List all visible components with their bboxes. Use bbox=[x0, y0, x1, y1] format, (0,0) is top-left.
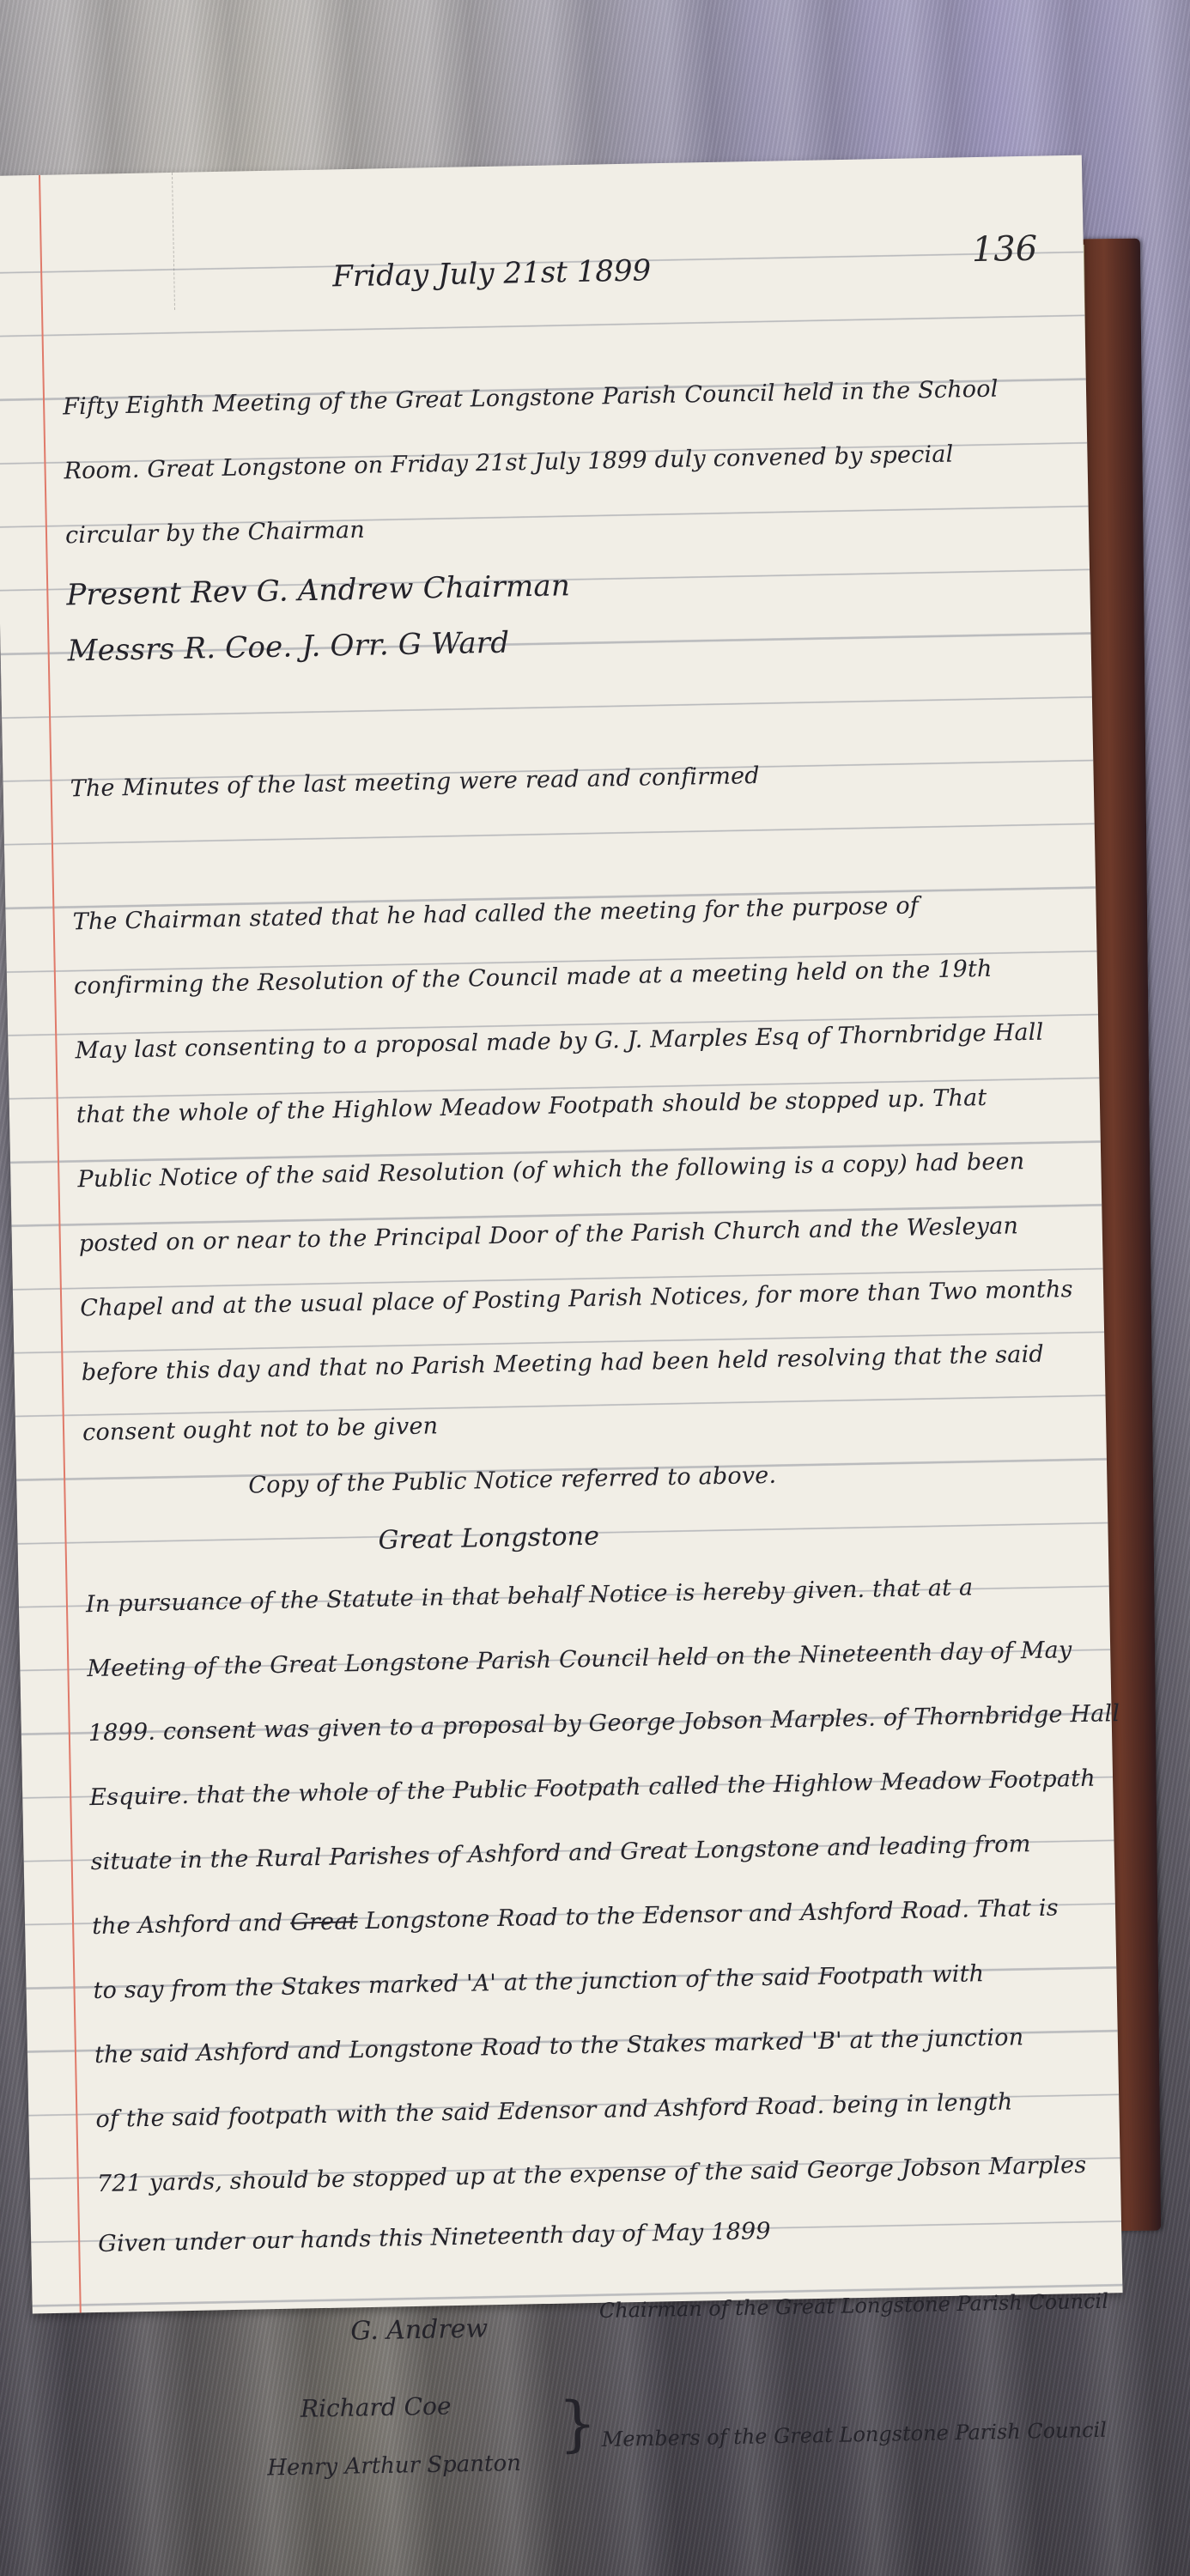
messrs-line: Messrs R. Coe. J. Orr. G Ward bbox=[67, 626, 509, 669]
notice-line-8: the said Ashford and Longstone Road to t… bbox=[94, 2024, 1024, 2069]
notice-line-11: Given under our hands this Nineteenth da… bbox=[98, 2218, 771, 2257]
notice-line-10: 721 yards, should be stopped up at the e… bbox=[97, 2152, 1087, 2197]
member-signature-1: Richard Coe bbox=[301, 2391, 452, 2422]
notice-place: Great Longstone bbox=[378, 1522, 599, 1556]
notice-line-5: situate in the Rural Parishes of Ashford… bbox=[90, 1831, 1030, 1875]
struck-out-word: Great bbox=[290, 1908, 358, 1935]
chairman-signature: G. Andrew bbox=[350, 2314, 489, 2347]
notice-line-9: of the said footpath with the said Edens… bbox=[95, 2089, 1013, 2134]
notice-line-7: to say from the Stakes marked 'A' at the… bbox=[93, 1960, 984, 2004]
main-line-4: that the whole of the Highlow Meadow Foo… bbox=[76, 1084, 987, 1128]
notice-line-2: Meeting of the Great Longstone Parish Co… bbox=[87, 1637, 1072, 1682]
main-line-9: consent ought not to be given bbox=[82, 1413, 439, 1446]
date-heading: Friday July 21st 1899 bbox=[332, 253, 652, 294]
main-line-8: before this day and that no Parish Meeti… bbox=[81, 1341, 1044, 1387]
minutes-confirmed: The Minutes of the last meeting were rea… bbox=[70, 762, 760, 802]
brace-symbol: } bbox=[558, 2393, 598, 2454]
red-margin-line bbox=[39, 175, 82, 2313]
opening-line-1: Fifty Eighth Meeting of the Great Longst… bbox=[63, 376, 999, 421]
main-line-1: The Chairman stated that he had called t… bbox=[72, 892, 919, 935]
opening-line-3: circular by the Chairman bbox=[65, 517, 365, 550]
notice-line-6-end: Longstone Road to the Edensor and Ashfor… bbox=[365, 1895, 1059, 1935]
main-line-2: confirming the Resolution of the Council… bbox=[74, 956, 993, 1000]
present-line: Present Rev G. Andrew Chairman bbox=[66, 568, 570, 612]
main-line-3: May last consenting to a proposal made b… bbox=[75, 1019, 1043, 1065]
notice-line-3: 1899. consent was given to a proposal by… bbox=[88, 1700, 1120, 1747]
notice-caption: Copy of the Public Notice referred to ab… bbox=[248, 1462, 776, 1499]
main-line-6: posted on or near to the Principal Door … bbox=[79, 1212, 1019, 1257]
main-line-7: Chapel and at the usual place of Posting… bbox=[80, 1276, 1073, 1321]
opening-line-2: Room. Great Longstone on Friday 21st Jul… bbox=[64, 441, 953, 485]
notice-line-4: Esquire. that the whole of the Public Fo… bbox=[89, 1765, 1096, 1811]
minute-book-page: 136 Friday July 21st 1899 Fifty Eighth M… bbox=[0, 155, 1123, 2314]
dashed-guide-line bbox=[172, 173, 175, 310]
members-title: Members of the Great Longstone Parish Co… bbox=[601, 2418, 1107, 2451]
notice-line-6-start: the Ashford and bbox=[92, 1910, 283, 1940]
member-signature-2: Henry Arthur Spanton bbox=[267, 2451, 521, 2482]
notice-line-1: In pursuance of the Statute in that beha… bbox=[86, 1574, 974, 1618]
page-number: 136 bbox=[971, 229, 1037, 270]
main-line-5: Public Notice of the said Resolution (of… bbox=[77, 1148, 1024, 1193]
notice-line-6: the Ashford and Great Longstone Road to … bbox=[92, 1895, 1059, 1941]
